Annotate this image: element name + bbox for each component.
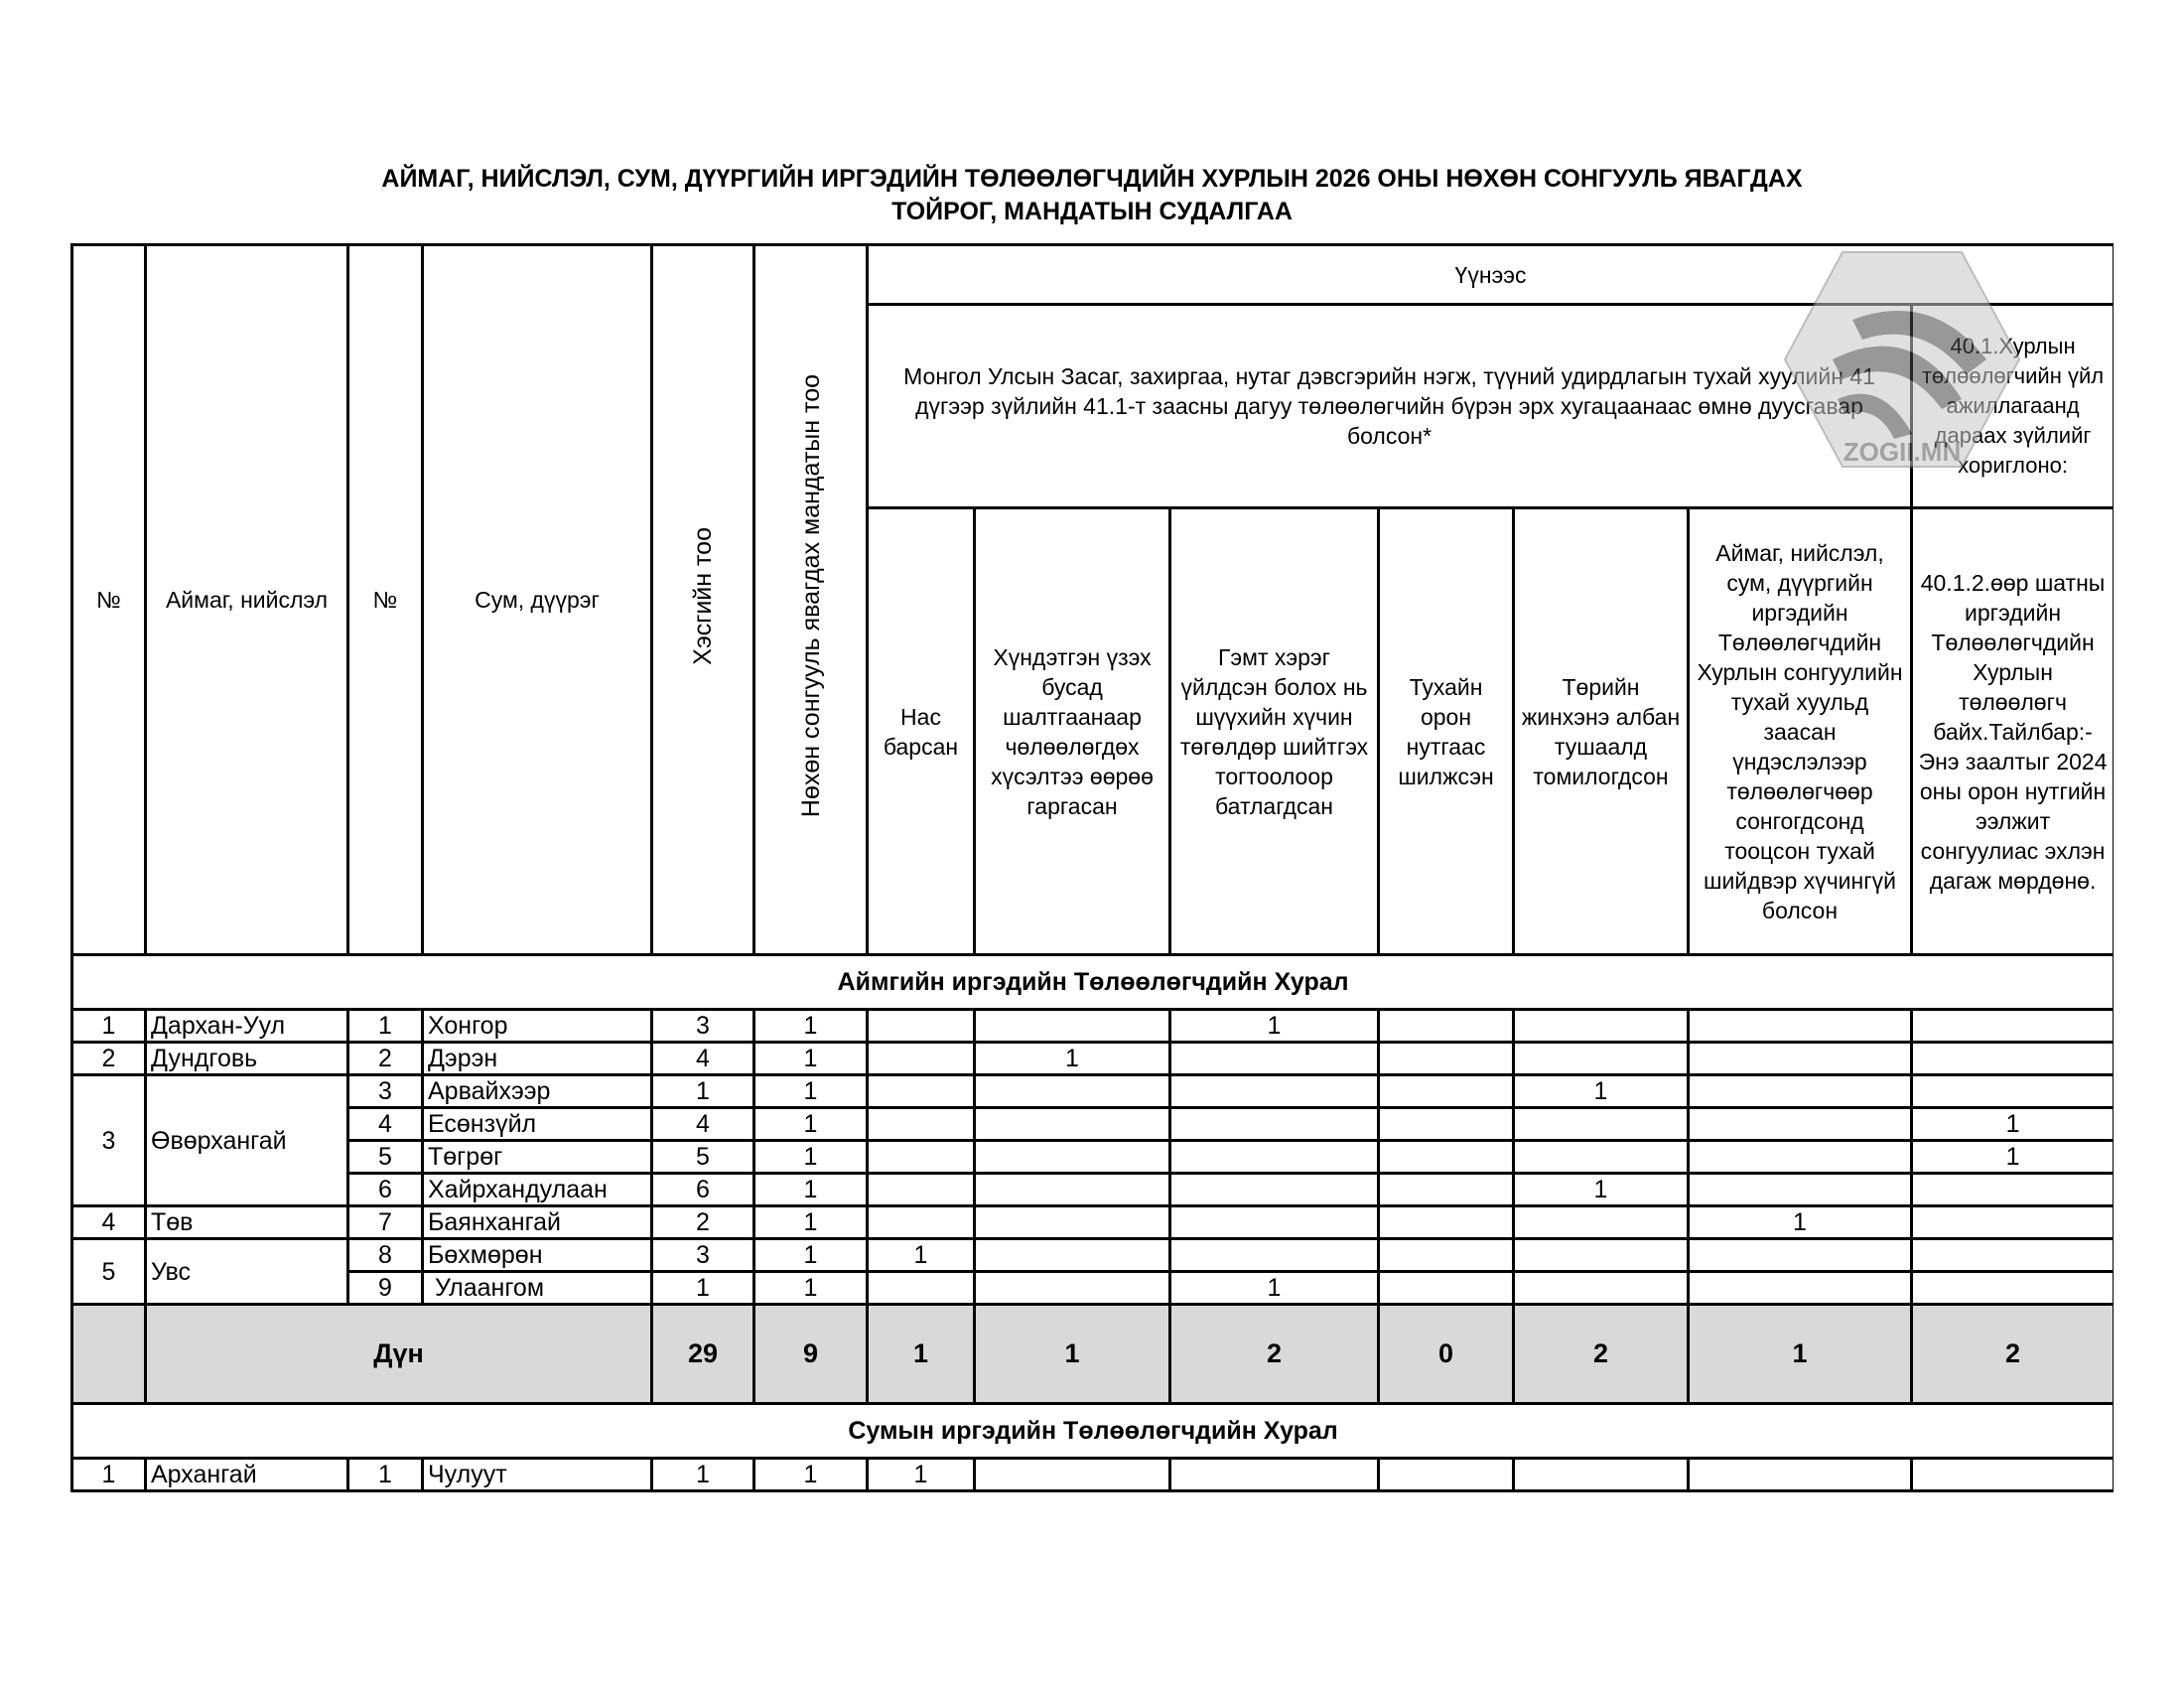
total-khesgiin-too: 29	[652, 1305, 754, 1404]
reason-cell	[975, 1141, 1170, 1174]
sum-name-cell: Улаангом	[423, 1272, 652, 1305]
header-reason-col: Аймаг, нийслэл, сум, дүүргийн иргэдийн Т…	[1689, 508, 1912, 955]
khesgiin-too-cell: 5	[652, 1141, 754, 1174]
reason-cell	[868, 1141, 975, 1174]
reason-cell	[1379, 1206, 1514, 1239]
reason-cell	[1514, 1459, 1689, 1491]
reason-cell	[1170, 1108, 1379, 1141]
header-mandat-too: Нөхөн сонгууль явагдах мандатын тоо	[754, 245, 868, 955]
aimag-no-cell: 1	[72, 1459, 146, 1491]
reason-cell	[1170, 1174, 1379, 1206]
reason-cell	[1514, 1108, 1689, 1141]
reason-cell	[1170, 1206, 1379, 1239]
reason-cell: 1	[1912, 1141, 2115, 1174]
khesgiin-too-cell: 3	[652, 1239, 754, 1272]
reason-cell: 1	[1514, 1174, 1689, 1206]
aimag-section-title: Аймгийн иргэдийн Төлөөлөгчдийн Хурал	[72, 955, 2115, 1010]
reason-cell	[1689, 1239, 1912, 1272]
mandat-too-cell: 1	[754, 1459, 868, 1491]
reason-cell	[1912, 1272, 2115, 1305]
table-row: 9 Улаангом111	[72, 1272, 2115, 1305]
reason-cell	[975, 1075, 1170, 1108]
header-reason-col: Төрийн жинхэнэ албан тушаалд томилогдсон	[1514, 508, 1689, 955]
sum-no-cell: 3	[348, 1075, 423, 1108]
table-row: 1Архангай1Чулуут111	[72, 1459, 2115, 1491]
sum-no-cell: 1	[348, 1459, 423, 1491]
total-reason-cell: 1	[975, 1305, 1170, 1404]
aimag-name-cell: Увс	[146, 1239, 348, 1305]
sum-no-cell: 9	[348, 1272, 423, 1305]
khesgiin-too-cell: 4	[652, 1108, 754, 1141]
sum-no-cell: 8	[348, 1239, 423, 1272]
reason-cell	[1379, 1010, 1514, 1043]
total-label: Дүн	[146, 1305, 652, 1404]
table-row: 3Өвөрхангай3Арвайхээр111	[72, 1075, 2115, 1108]
sum-no-cell: 7	[348, 1206, 423, 1239]
reason-cell: 1	[975, 1043, 1170, 1075]
aimag-name-cell: Өвөрхангай	[146, 1075, 348, 1206]
reason-cell	[1912, 1206, 2115, 1239]
total-mandat-too: 9	[754, 1305, 868, 1404]
sum-name-cell: Дэрэн	[423, 1043, 652, 1075]
mandat-too-cell: 1	[754, 1272, 868, 1305]
header-reason-col: Тухайн орон нутгаас шилжсэн	[1379, 508, 1514, 955]
header-reason-col: Нас барсан	[868, 508, 975, 955]
reason-cell	[1379, 1239, 1514, 1272]
total-reason-cell: 2	[1514, 1305, 1689, 1404]
reason-cell	[1689, 1459, 1912, 1491]
reason-cell	[1170, 1075, 1379, 1108]
mandat-too-cell: 1	[754, 1043, 868, 1075]
total-reason-cell: 1	[1689, 1305, 1912, 1404]
mandat-too-cell: 1	[754, 1141, 868, 1174]
reason-cell: 1	[1689, 1206, 1912, 1239]
table-row: 4Төв7Баянхангай211	[72, 1206, 2115, 1239]
sum-name-cell: Хайрхандулаан	[423, 1174, 652, 1206]
reason-cell	[975, 1206, 1170, 1239]
mandat-too-cell: 1	[754, 1239, 868, 1272]
khesgiin-too-cell: 6	[652, 1174, 754, 1206]
mandat-too-cell: 1	[754, 1108, 868, 1141]
reason-cell	[1689, 1141, 1912, 1174]
reason-cell	[1689, 1108, 1912, 1141]
table-row: 2Дундговь2Дэрэн411	[72, 1043, 2115, 1075]
aimag-no-cell: 5	[72, 1239, 146, 1305]
table-row: 4Есөнзүйл411	[72, 1108, 2115, 1141]
reason-cell	[1379, 1459, 1514, 1491]
header-group-41: Монгол Улсын Засаг, захиргаа, нутаг дэвс…	[868, 305, 1912, 508]
sum-name-cell: Төгрөг	[423, 1141, 652, 1174]
mandate-table: № Аймаг, нийслэл № Сум, дүүрэг Хэсгийн т…	[70, 243, 2114, 1492]
sum-no-cell: 5	[348, 1141, 423, 1174]
mandate-table-container: № Аймаг, нийслэл № Сум, дүүрэг Хэсгийн т…	[70, 243, 2114, 1536]
total-row: Дүн2991120212	[72, 1305, 2115, 1404]
reason-cell	[1379, 1272, 1514, 1305]
reason-cell	[975, 1239, 1170, 1272]
sum-name-cell: Баянхангай	[423, 1206, 652, 1239]
sum-no-cell: 6	[348, 1174, 423, 1206]
header-sum: Сум, дүүрэг	[423, 245, 652, 955]
reason-cell	[868, 1206, 975, 1239]
aimag-name-cell: Дундговь	[146, 1043, 348, 1075]
header-aimag: Аймаг, нийслэл	[146, 245, 348, 955]
reason-cell	[1170, 1239, 1379, 1272]
aimag-no-cell: 4	[72, 1206, 146, 1239]
header-group-40: 40.1.Хурлын төлөөлөгчийн үйл ажиллагаанд…	[1912, 305, 2115, 508]
reason-cell	[1170, 1459, 1379, 1491]
mandat-too-cell: 1	[754, 1075, 868, 1108]
khesgiin-too-cell: 3	[652, 1010, 754, 1043]
reason-cell	[1379, 1075, 1514, 1108]
reason-cell: 1	[868, 1459, 975, 1491]
reason-cell	[975, 1459, 1170, 1491]
aimag-no-cell: 1	[72, 1010, 146, 1043]
table-row: 6Хайрхандулаан611	[72, 1174, 2115, 1206]
reason-cell: 1	[1170, 1272, 1379, 1305]
aimag-no-cell: 3	[72, 1075, 146, 1206]
header-uunees: Үүнээс	[868, 245, 2115, 305]
table-row: 1Дархан-Уул1Хонгор311	[72, 1010, 2115, 1043]
total-reason-cell: 1	[868, 1305, 975, 1404]
reason-cell: 1	[1912, 1108, 2115, 1141]
sum-section-title: Сумын иргэдийн Төлөөлөгчдийн Хурал	[72, 1404, 2115, 1459]
table-row: 5Увс8Бөхмөрөн311	[72, 1239, 2115, 1272]
aimag-no-cell: 2	[72, 1043, 146, 1075]
total-reason-cell: 2	[1912, 1305, 2115, 1404]
header-mandat-too-text: Нөхөн сонгууль явагдах мандатын тоо	[796, 374, 826, 817]
reason-cell	[1689, 1010, 1912, 1043]
reason-cell	[1689, 1075, 1912, 1108]
reason-cell	[868, 1010, 975, 1043]
reason-cell	[1514, 1141, 1689, 1174]
title-line-1: АЙМАГ, НИЙСЛЭЛ, СУМ, ДҮҮРГИЙН ИРГЭДИЙН Т…	[0, 163, 2184, 196]
reason-cell	[1514, 1010, 1689, 1043]
khesgiin-too-cell: 2	[652, 1206, 754, 1239]
reason-cell: 1	[1170, 1010, 1379, 1043]
sum-section-title-row: Сумын иргэдийн Төлөөлөгчдийн Хурал	[72, 1404, 2115, 1459]
header-reason-col: 40.1.2.өөр шатны иргэдийн Төлөөлөгчдийн …	[1912, 508, 2115, 955]
reason-cell	[1379, 1141, 1514, 1174]
sum-name-cell: Арвайхээр	[423, 1075, 652, 1108]
reason-cell	[975, 1174, 1170, 1206]
reason-cell	[1170, 1043, 1379, 1075]
reason-cell	[1514, 1043, 1689, 1075]
reason-cell	[1514, 1239, 1689, 1272]
khesgiin-too-cell: 1	[652, 1459, 754, 1491]
reason-cell	[868, 1174, 975, 1206]
reason-cell	[1912, 1174, 2115, 1206]
khesgiin-too-cell: 4	[652, 1043, 754, 1075]
sum-name-cell: Бөхмөрөн	[423, 1239, 652, 1272]
mandat-too-cell: 1	[754, 1010, 868, 1043]
reason-cell	[975, 1272, 1170, 1305]
reason-cell	[868, 1075, 975, 1108]
reason-cell	[975, 1108, 1170, 1141]
sum-name-cell: Есөнзүйл	[423, 1108, 652, 1141]
sum-name-cell: Чулуут	[423, 1459, 652, 1491]
reason-cell	[1170, 1141, 1379, 1174]
reason-cell	[1912, 1010, 2115, 1043]
reason-cell: 1	[1514, 1075, 1689, 1108]
aimag-section-title-row: Аймгийн иргэдийн Төлөөлөгчдийн Хурал	[72, 955, 2115, 1010]
total-reason-cell: 2	[1170, 1305, 1379, 1404]
title-line-2: ТОЙРОГ, МАНДАТЫН СУДАЛГАА	[0, 196, 2184, 228]
khesgiin-too-cell: 1	[652, 1075, 754, 1108]
table-row: 5Төгрөг511	[72, 1141, 2115, 1174]
sum-no-cell: 4	[348, 1108, 423, 1141]
sum-no-cell: 1	[348, 1010, 423, 1043]
reason-cell	[1689, 1174, 1912, 1206]
total-reason-cell: 0	[1379, 1305, 1514, 1404]
header-khesgiin-too: Хэсгийн тоо	[652, 245, 754, 955]
sum-name-cell: Хонгор	[423, 1010, 652, 1043]
header-reason-col: Гэмт хэрэг үйлдсэн болох нь шүүхийн хүчи…	[1170, 508, 1379, 955]
total-blank-cell	[72, 1305, 146, 1404]
aimag-name-cell: Архангай	[146, 1459, 348, 1491]
header-khesgiin-too-text: Хэсгийн тоо	[688, 527, 718, 665]
header-sum-no: №	[348, 245, 423, 955]
reason-cell	[1379, 1043, 1514, 1075]
reason-cell	[1689, 1043, 1912, 1075]
reason-cell	[1514, 1272, 1689, 1305]
reason-cell	[868, 1272, 975, 1305]
aimag-name-cell: Дархан-Уул	[146, 1010, 348, 1043]
header-no: №	[72, 245, 146, 955]
mandat-too-cell: 1	[754, 1206, 868, 1239]
khesgiin-too-cell: 1	[652, 1272, 754, 1305]
header-reason-col: Хүндэтгэн үзэх бусад шалтгаанаар чөлөөлө…	[975, 508, 1170, 955]
aimag-name-cell: Төв	[146, 1206, 348, 1239]
reason-cell	[1912, 1075, 2115, 1108]
reason-cell	[868, 1108, 975, 1141]
document-title: АЙМАГ, НИЙСЛЭЛ, СУМ, ДҮҮРГИЙН ИРГЭДИЙН Т…	[0, 163, 2184, 228]
reason-cell	[1514, 1206, 1689, 1239]
reason-cell	[868, 1043, 975, 1075]
reason-cell	[1379, 1174, 1514, 1206]
reason-cell	[1912, 1459, 2115, 1491]
reason-cell: 1	[868, 1239, 975, 1272]
reason-cell	[1912, 1043, 2115, 1075]
reason-cell	[1912, 1239, 2115, 1272]
reason-cell	[1689, 1272, 1912, 1305]
reason-cell	[975, 1010, 1170, 1043]
sum-no-cell: 2	[348, 1043, 423, 1075]
mandat-too-cell: 1	[754, 1174, 868, 1206]
reason-cell	[1379, 1108, 1514, 1141]
